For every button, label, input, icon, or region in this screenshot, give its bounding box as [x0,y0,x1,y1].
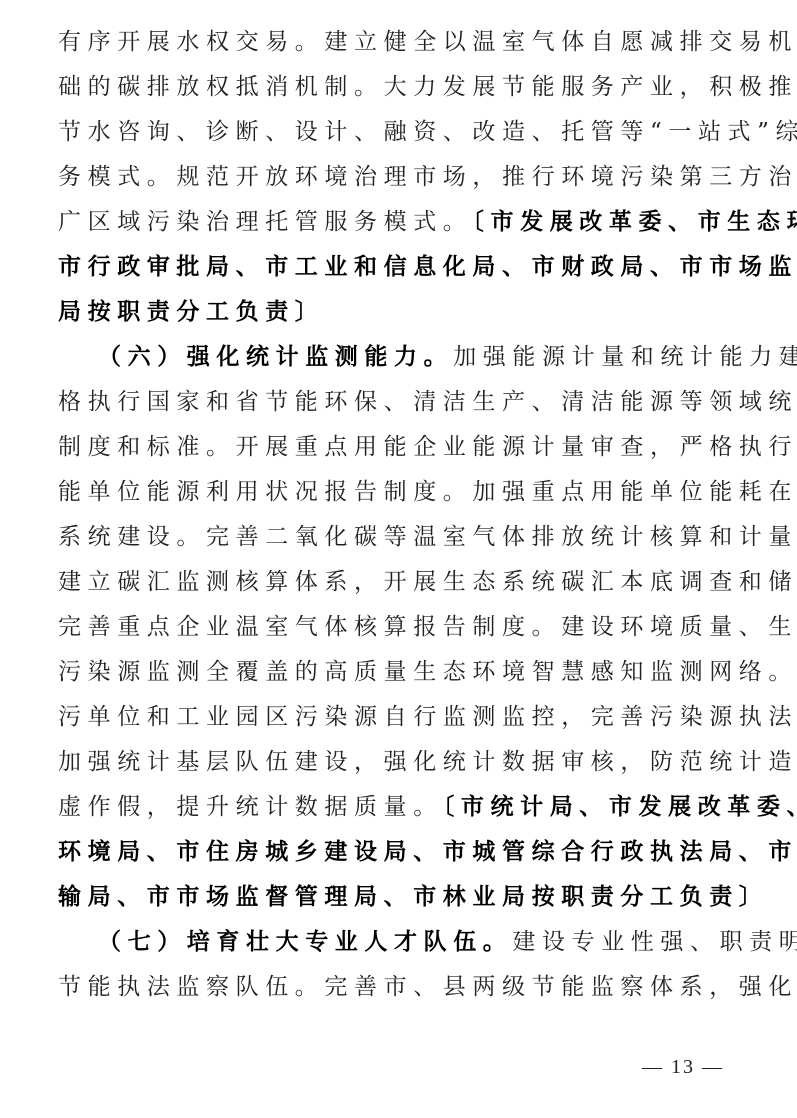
paragraph-line: 污染源监测全覆盖的高质量生态环境智慧感知监测网络。规范排 [58,655,758,689]
line-text: 虚作假，提升统计数据质量。 [58,794,443,820]
line-text: 节能执法监察队伍。完善市、县两级节能监察体系，强化人员力 [58,974,797,1000]
responsible-departments: 输局、市市场监督管理局、市林业局按职责分工负责〕 [58,883,768,910]
paragraph-line: 系统建设。完善二氧化碳等温室气体排放统计核算和计量体系， [58,520,758,554]
paragraph-line: 格执行国家和省节能环保、清洁生产、清洁能源等领域统计调查 [58,385,758,419]
paragraph-line: 制度和标准。开展重点用能企业能源计量审查，严格执行重点用 [58,430,758,464]
line-text: 完善重点企业温室气体核算报告制度。建设环境质量、生态质量、 [58,614,797,640]
line-text: 加强统计基层队伍建设，强化统计数据审核，防范统计造假、弄 [58,749,797,775]
line-text: 有序开展水权交易。建立健全以温室气体自愿减排交易机制为基 [58,29,797,55]
line-text: 能单位能源利用状况报告制度。加强重点用能单位能耗在线监测 [58,479,797,505]
paragraph-line: 有序开展水权交易。建立健全以温室气体自愿减排交易机制为基 [58,25,758,59]
paragraph-line: 市行政审批局、市工业和信息化局、市财政局、市市场监督管理 [58,250,758,284]
section-heading: （六）强化统计监测能力。 [98,343,453,370]
line-text: 广区域污染治理托管服务模式。 [58,209,472,235]
paragraph-line: 建立碳汇监测核算体系，开展生态系统碳汇本底调查和储量评估。 [58,565,758,599]
paragraph-line: 能单位能源利用状况报告制度。加强重点用能单位能耗在线监测 [58,475,758,509]
paragraph-line: 加强统计基层队伍建设，强化统计数据审核，防范统计造假、弄 [58,745,758,779]
responsible-departments: 〔市统计局、市发展改革委、市生态 [443,793,797,820]
line-text: 建立碳汇监测核算体系，开展生态系统碳汇本底调查和储量评估。 [58,569,797,595]
line-text: 务模式。规范开放环境治理市场，推行环境污染第三方治理，推 [58,164,797,190]
line-text: 格执行国家和省节能环保、清洁生产、清洁能源等领域统计调查 [58,389,797,415]
line-text: 础的碳排放权抵消机制。大力发展节能服务产业，积极推广节能 [58,74,797,100]
line-text: 加强能源计量和统计能力建设。严 [453,344,797,370]
paragraph-line: 污单位和工业园区污染源自行监测监控，完善污染源执法监测。 [58,700,758,734]
line-text: 污单位和工业园区污染源自行监测监控，完善污染源执法监测。 [58,704,797,730]
paragraph-line: 广区域污染治理托管服务模式。〔市发展改革委、市生态环境局、 [58,205,758,239]
line-text: 节水咨询、诊断、设计、融资、改造、托管等“一站式”综合服 [58,119,797,145]
page-number: — 13 — [628,1053,738,1081]
line-text: 建设专业性强、职责明确的 [512,929,797,955]
paragraph-line: 节能执法监察队伍。完善市、县两级节能监察体系，强化人员力 [58,970,758,1004]
responsible-departments: 市行政审批局、市工业和信息化局、市财政局、市市场监督管理 [58,253,797,280]
paragraph-line: 局按职责分工负责〕 [58,295,758,329]
paragraph-line: 完善重点企业温室气体核算报告制度。建设环境质量、生态质量、 [58,610,758,644]
section-heading-line: （六）强化统计监测能力。加强能源计量和统计能力建设。严 [98,340,797,374]
paragraph-line: 务模式。规范开放环境治理市场，推行环境污染第三方治理，推 [58,160,758,194]
paragraph-line: 输局、市市场监督管理局、市林业局按职责分工负责〕 [58,880,758,914]
paragraph-line: 节水咨询、诊断、设计、融资、改造、托管等“一站式”综合服 [58,115,758,149]
paragraph-line: 础的碳排放权抵消机制。大力发展节能服务产业，积极推广节能 [58,70,758,104]
paragraph-line: 环境局、市住房城乡建设局、市城管综合行政执法局、市交通运 [58,835,758,869]
line-text: 系统建设。完善二氧化碳等温室气体排放统计核算和计量体系， [58,524,797,550]
document-page: 有序开展水权交易。建立健全以温室气体自愿减排交易机制为基 础的碳排放权抵消机制。… [0,0,797,1118]
paragraph-line: 虚作假，提升统计数据质量。〔市统计局、市发展改革委、市生态 [58,790,758,824]
responsible-departments: 局按职责分工负责〕 [58,298,324,325]
responsible-departments: 〔市发展改革委、市生态环境局、 [472,208,797,235]
section-heading-line: （七）培育壮大专业人才队伍。建设专业性强、职责明确的 [98,925,797,959]
line-text: 污染源监测全覆盖的高质量生态环境智慧感知监测网络。规范排 [58,659,797,685]
line-text: 制度和标准。开展重点用能企业能源计量审查，严格执行重点用 [58,434,797,460]
responsible-departments: 环境局、市住房城乡建设局、市城管综合行政执法局、市交通运 [58,838,797,865]
section-heading: （七）培育壮大专业人才队伍。 [98,928,512,955]
